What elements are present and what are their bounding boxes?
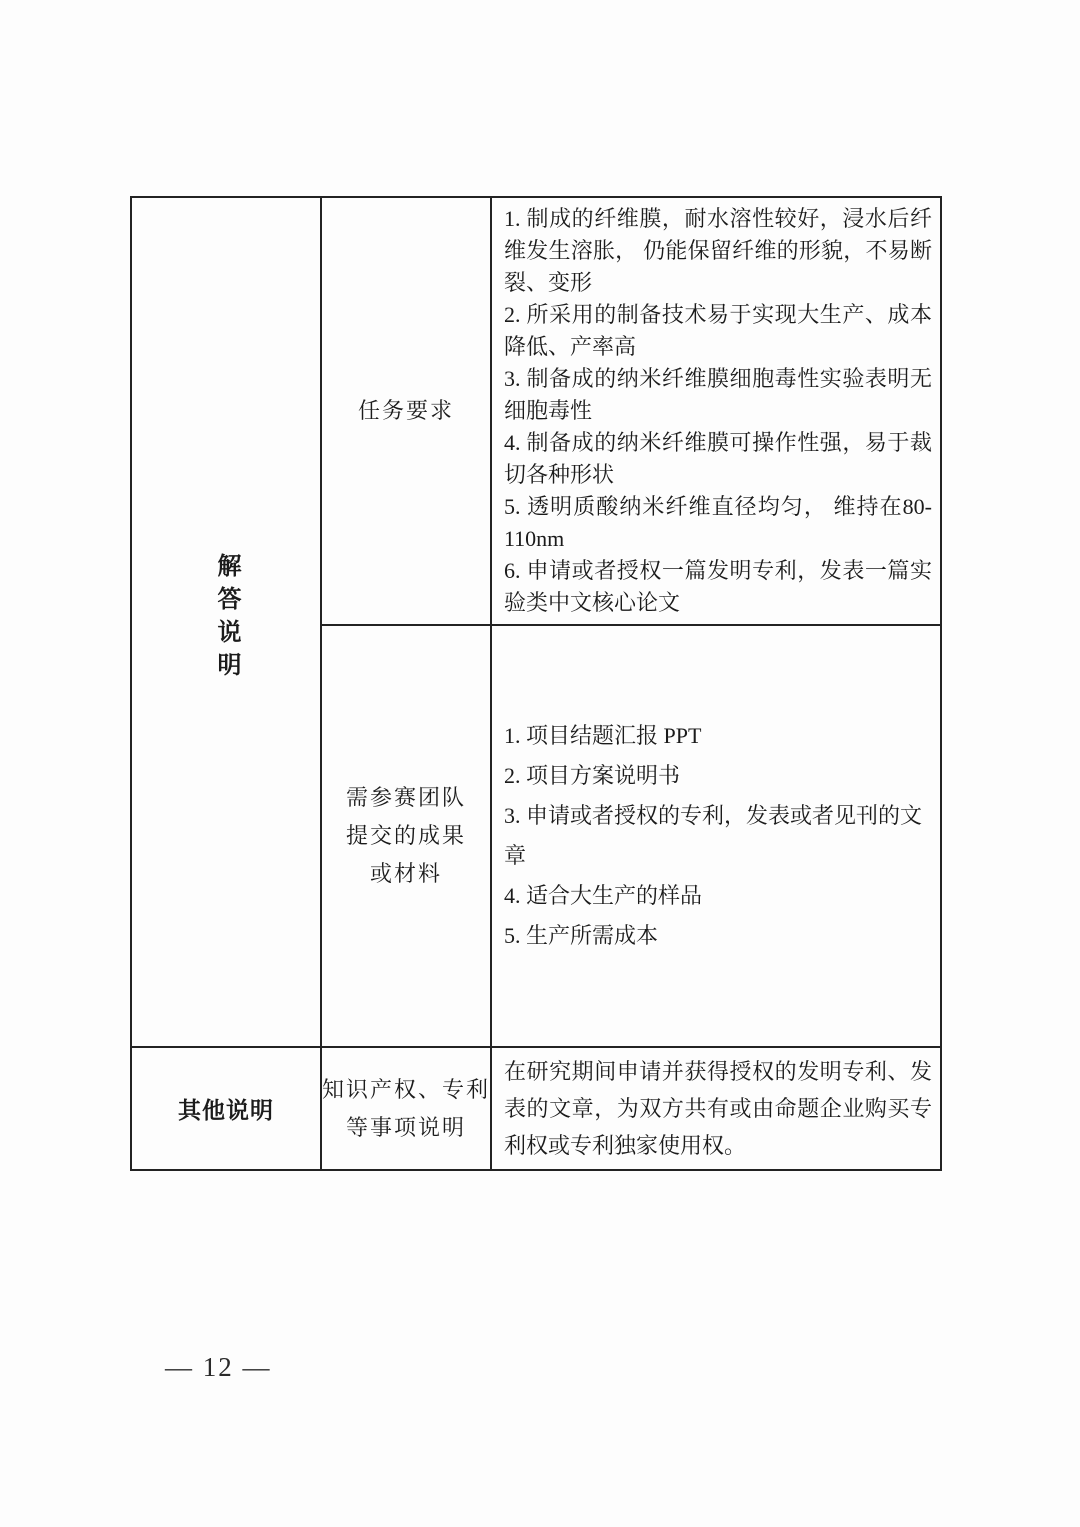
list-item: 2. 所采用的制备技术易于实现大生产、成本降低、产率高 bbox=[504, 299, 932, 363]
task-requirements-label: 任务要求 bbox=[321, 197, 491, 625]
list-item: 1. 项目结题汇报 PPT bbox=[504, 716, 932, 756]
list-item: 6. 申请或者授权一篇发明专利，发表一篇实验类中文核心论文 bbox=[504, 555, 932, 619]
row-header-other-notes: 其他说明 bbox=[131, 1047, 321, 1170]
list-item: 5. 透明质酸纳米纤维直径均匀， 维持在80-110nm bbox=[504, 491, 932, 555]
solution-description-label: 解答说明 bbox=[214, 553, 238, 685]
deliverables-label: 需参赛团队 提交的成果 或材料 bbox=[321, 625, 491, 1047]
list-item: 2. 项目方案说明书 bbox=[504, 756, 932, 796]
ip-matters-text: 在研究期间申请并获得授权的发明专利、发表的文章，为双方共有或由命题企业购买专利权… bbox=[504, 1053, 932, 1164]
document-page: 解答说明 任务要求 1. 制成的纤维膜，耐水溶性较好，浸水后纤维发生溶胀， 仍能… bbox=[0, 0, 1080, 1527]
list-item: 4. 适合大生产的样品 bbox=[504, 876, 932, 916]
deliverables-content: 1. 项目结题汇报 PPT2. 项目方案说明书3. 申请或者授权的专利，发表或者… bbox=[491, 625, 941, 1047]
page-number: — 12 — bbox=[165, 1352, 272, 1383]
table-row: 解答说明 任务要求 1. 制成的纤维膜，耐水溶性较好，浸水后纤维发生溶胀， 仍能… bbox=[131, 197, 941, 625]
list-item: 5. 生产所需成本 bbox=[504, 916, 932, 956]
ip-matters-label: 知识产权、专利 等事项说明 bbox=[321, 1047, 491, 1170]
row-header-solution-description: 解答说明 bbox=[131, 197, 321, 1047]
task-requirements-list: 1. 制成的纤维膜，耐水溶性较好，浸水后纤维发生溶胀， 仍能保留纤维的形貌，不易… bbox=[504, 203, 932, 619]
solution-description-table: 解答说明 任务要求 1. 制成的纤维膜，耐水溶性较好，浸水后纤维发生溶胀， 仍能… bbox=[130, 196, 942, 1171]
task-requirements-content: 1. 制成的纤维膜，耐水溶性较好，浸水后纤维发生溶胀， 仍能保留纤维的形貌，不易… bbox=[491, 197, 941, 625]
ip-matters-content: 在研究期间申请并获得授权的发明专利、发表的文章，为双方共有或由命题企业购买专利权… bbox=[491, 1047, 941, 1170]
list-item: 1. 制成的纤维膜，耐水溶性较好，浸水后纤维发生溶胀， 仍能保留纤维的形貌，不易… bbox=[504, 203, 932, 299]
table-row: 其他说明 知识产权、专利 等事项说明 在研究期间申请并获得授权的发明专利、发表的… bbox=[131, 1047, 941, 1170]
list-item: 4. 制备成的纳米纤维膜可操作性强，易于裁切各种形状 bbox=[504, 427, 932, 491]
deliverables-list: 1. 项目结题汇报 PPT2. 项目方案说明书3. 申请或者授权的专利，发表或者… bbox=[504, 716, 932, 956]
list-item: 3. 申请或者授权的专利，发表或者见刊的文章 bbox=[504, 796, 932, 876]
list-item: 3. 制备成的纳米纤维膜细胞毒性实验表明无细胞毒性 bbox=[504, 363, 932, 427]
